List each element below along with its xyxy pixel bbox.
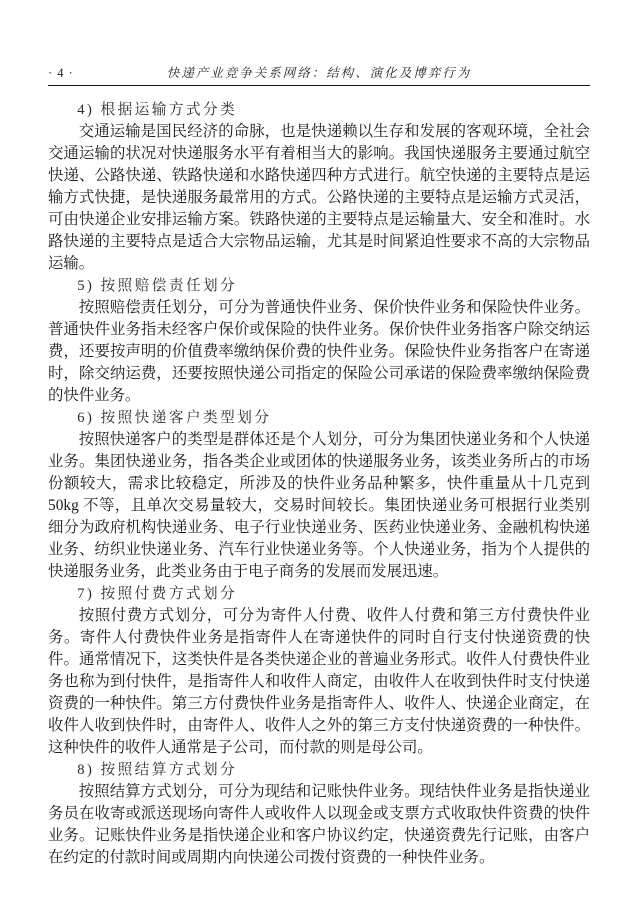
paragraph: 按照快递客户的类型是群体还是个人划分，可分为集团快递业务和个人快递业务。集团快递… — [48, 429, 590, 583]
book-page: · 4 · 快递产业竞争关系网络：结构、演化及博弈行为 4) 根据运输方式分类 … — [0, 0, 638, 902]
section-customer-type-classification: 6) 按照快递客户类型划分 按照快递客户的类型是群体还是个人划分，可分为集团快递… — [48, 407, 590, 583]
page-body: 4) 根据运输方式分类 交通运输是国民经济的命脉，也是快递赖以生存和发展的客观环… — [48, 99, 590, 869]
section-liability-classification: 5) 按照赔偿责任划分 按照赔偿责任划分，可分为普通快件业务、保价快件业务和保险… — [48, 275, 590, 407]
running-title: 快递产业竞争关系网络：结构、演化及博弈行为 — [48, 66, 590, 81]
section-heading: 7) 按照付费方式划分 — [48, 583, 590, 605]
page-number: · 4 · — [48, 66, 74, 81]
section-heading: 4) 根据运输方式分类 — [48, 99, 590, 121]
paragraph: 按照付费方式划分，可分为寄件人付费、收件人付费和第三方付费快件业务。寄件人付费快… — [48, 605, 590, 759]
running-header: · 4 · 快递产业竞争关系网络：结构、演化及博弈行为 — [48, 66, 590, 86]
section-transport-classification: 4) 根据运输方式分类 交通运输是国民经济的命脉，也是快递赖以生存和发展的客观环… — [48, 99, 590, 275]
paragraph: 交通运输是国民经济的命脉，也是快递赖以生存和发展的客观环境，全社会交通运输的状况… — [48, 121, 590, 275]
paragraph: 按照赔偿责任划分，可分为普通快件业务、保价快件业务和保险快件业务。普通快件业务指… — [48, 297, 590, 407]
section-heading: 8) 按照结算方式划分 — [48, 759, 590, 781]
section-settlement-method-classification: 8) 按照结算方式划分 按照结算方式划分，可分为现结和记账快件业务。现结快件业务… — [48, 759, 590, 869]
section-heading: 5) 按照赔偿责任划分 — [48, 275, 590, 297]
paragraph: 按照结算方式划分，可分为现结和记账快件业务。现结快件业务是指快递业务员在收寄或派… — [48, 781, 590, 869]
section-heading: 6) 按照快递客户类型划分 — [48, 407, 590, 429]
section-payment-method-classification: 7) 按照付费方式划分 按照付费方式划分，可分为寄件人付费、收件人付费和第三方付… — [48, 583, 590, 759]
